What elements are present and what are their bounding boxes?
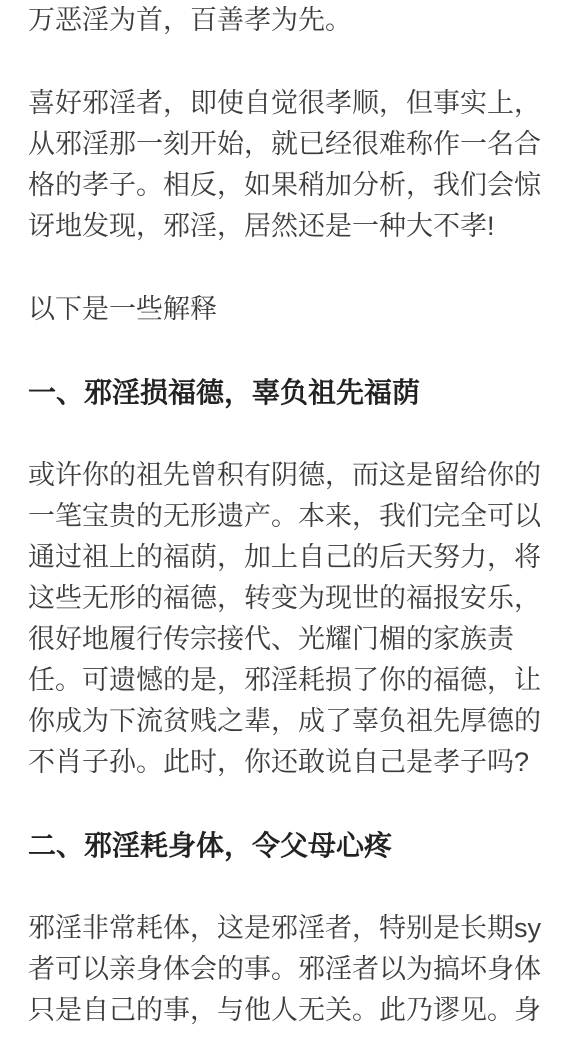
paragraph-section-2: 邪淫非常耗体，这是邪淫者，特别是长期sy者可以亲身体会的事。邪淫者以为搞坏身体只… (28, 908, 547, 1031)
paragraph-section-1: 或许你的祖先曾积有阴德，而这是留给你的一笔宝贵的无形遗产。本来，我们完全可以通过… (28, 455, 547, 783)
section-heading-1: 一、邪淫损福德，辜负祖先福荫 (28, 372, 547, 413)
article-page: 万恶淫为首，百善孝为先。 喜好邪淫者，即使自觉很孝顺，但事实上，从邪淫那一刻开始… (0, 0, 580, 1041)
paragraph-lead-in: 以下是一些解释 (28, 289, 547, 330)
section-heading-2: 二、邪淫耗身体，令父母心疼 (28, 825, 547, 866)
paragraph-intro-quote: 万恶淫为首，百善孝为先。 (28, 0, 547, 41)
article-body: 万恶淫为首，百善孝为先。 喜好邪淫者，即使自觉很孝顺，但事实上，从邪淫那一刻开始… (0, 0, 575, 1031)
paragraph-argument: 喜好邪淫者，即使自觉很孝顺，但事实上，从邪淫那一刻开始，就已经很难称作一名合格的… (28, 83, 547, 247)
